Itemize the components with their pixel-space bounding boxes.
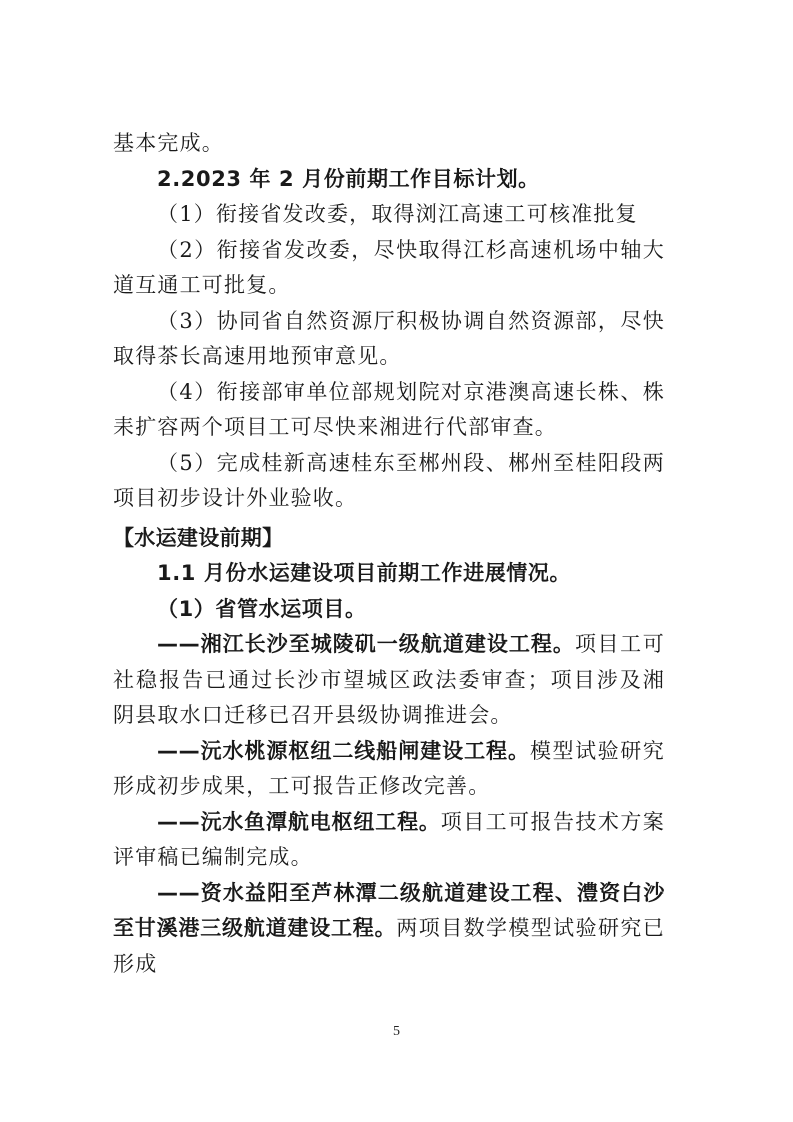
paragraph-continuation: 基本完成。 — [113, 126, 665, 162]
heading-provincial-projects: （1）省管水运项目。 — [113, 592, 665, 628]
plan-item-1: （1）衔接省发改委，取得浏江高速工可核准批复 — [113, 197, 665, 233]
project-zishui-lishui: ——资水益阳至芦林潭二级航道建设工程、澧资白沙至甘溪港三级航道建设工程。两项目数… — [113, 876, 665, 983]
heading-feb-plan: 2.2023 年 2 月份前期工作目标计划。 — [113, 162, 665, 198]
plan-item-3: （3）协同省自然资源厅积极协调自然资源部，尽快取得茶长高速用地预审意见。 — [113, 304, 665, 375]
section-title-waterway: 【水运建设前期】 — [113, 521, 665, 557]
project-yutan: ——沅水鱼潭航电枢纽工程。项目工可报告技术方案评审稿已编制完成。 — [113, 805, 665, 876]
plan-item-2: （2）衔接省发改委，尽快取得江杉高速机场中轴大道互通工可批复。 — [113, 233, 665, 304]
page-number: 5 — [0, 1024, 793, 1040]
project-xiangjiang: ——湘江长沙至城陵矶一级航道建设工程。项目工可社稳报告已通过长沙市望城区政法委审… — [113, 627, 665, 734]
document-body: 基本完成。 2.2023 年 2 月份前期工作目标计划。 （1）衔接省发改委，取… — [113, 126, 665, 982]
project-title: ——湘江长沙至城陵矶一级航道建设工程。 — [157, 632, 575, 656]
plan-item-4: （4）衔接部审单位部规划院对京港澳高速长株、株耒扩容两个项目工可尽快来湘进行代部… — [113, 375, 665, 446]
plan-item-5: （5）完成桂新高速桂东至郴州段、郴州至桂阳段两项目初步设计外业验收。 — [113, 446, 665, 517]
project-taoyuan: ——沅水桃源枢纽二线船闸建设工程。模型试验研究形成初步成果，工可报告正修改完善。 — [113, 734, 665, 805]
project-title: ——沅水鱼潭航电枢纽工程。 — [157, 810, 441, 834]
heading-jan-progress: 1.1 月份水运建设项目前期工作进展情况。 — [113, 556, 665, 592]
project-title: ——沅水桃源枢纽二线船闸建设工程。 — [157, 739, 530, 763]
